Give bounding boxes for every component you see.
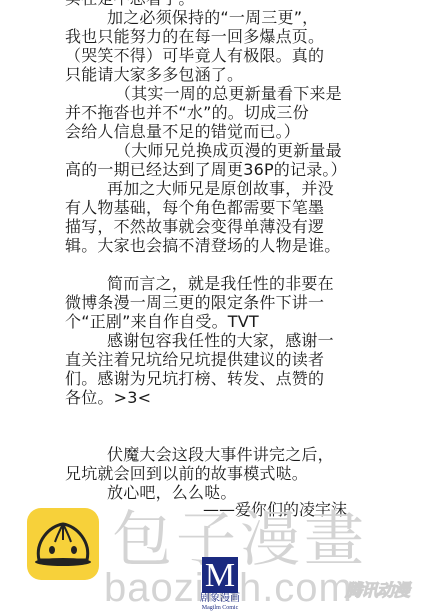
publisher-logo: M 剧象漫画 Magilm Comic (202, 557, 238, 612)
text-line: 兄坑就会回到以前的故事模式哒。 (65, 464, 405, 483)
text-line: 高的一期已经达到了周更36P的记录。） (65, 160, 405, 179)
site-name-watermark: 包子漫畫 (112, 508, 368, 572)
text-line: 我也只能努力的在每一回多爆点页。 (65, 27, 405, 46)
comic-page: 实在是不忍看了。 加之必须保持的“一周三更”， 我也只能努力的在每一回多爆点页。… (0, 0, 440, 614)
text-line: 再加之大师兄是原创故事，并没 (65, 179, 405, 198)
text-line: 微博条漫一周三更的限定条件下讲一 (65, 293, 405, 312)
text-line: 会给人信息量不足的错觉而已。） (65, 122, 405, 141)
text-line: 实在是不忍看了。 (65, 0, 405, 8)
text-line: 伏魔大会这段大事件讲完之后， (65, 445, 405, 464)
text-line: 有人物基础，每个角色都需要下笔墨 (65, 198, 405, 217)
steamed-bun-icon (27, 508, 99, 580)
publisher-name-en: Magilm Comic (196, 605, 244, 612)
publisher-name-cn: 剧象漫画 (198, 593, 242, 605)
text-line: （大师兄兑换成页漫的更新量最 (65, 141, 405, 160)
text-line: 们。感谢为兄坑打榜、转发、点赞的 (65, 369, 405, 388)
text-line: 只能请大家多多包涵了。 (65, 65, 405, 84)
text-line: （哭笑不得）可毕竟人有极限。真的 (65, 46, 405, 65)
magilm-logo-icon: M (202, 557, 238, 593)
platform-watermark: 腾讯动漫 (345, 576, 409, 601)
text-line: 感谢包容我任性的大家，感谢一 (65, 331, 405, 350)
text-line: 描写，不然故事就会变得单薄没有逻 (65, 217, 405, 236)
text-line: （其实一周的总更新量看下来是 (65, 84, 405, 103)
paragraph-gap (65, 407, 405, 445)
text-line: 并不拖沓也并不“水”的。切成三份 (65, 103, 405, 122)
text-line: 加之必须保持的“一周三更”， (65, 8, 405, 27)
text-line: 个“正剧”来自作自受。TVT (65, 312, 405, 331)
paragraph-gap (65, 255, 405, 274)
text-line: 辑。大家也会搞不清登场的人物是谁。 (65, 236, 405, 255)
text-line: 直关注着兄坑给兄坑提供建议的读者 (65, 350, 405, 369)
magilm-letter: M (202, 557, 238, 593)
text-line: 各位。>3< (65, 388, 405, 407)
text-line: 简而言之，就是我任性的非要在 (65, 274, 405, 293)
afterword-text: 实在是不忍看了。 加之必须保持的“一周三更”， 我也只能努力的在每一回多爆点页。… (65, 0, 405, 502)
